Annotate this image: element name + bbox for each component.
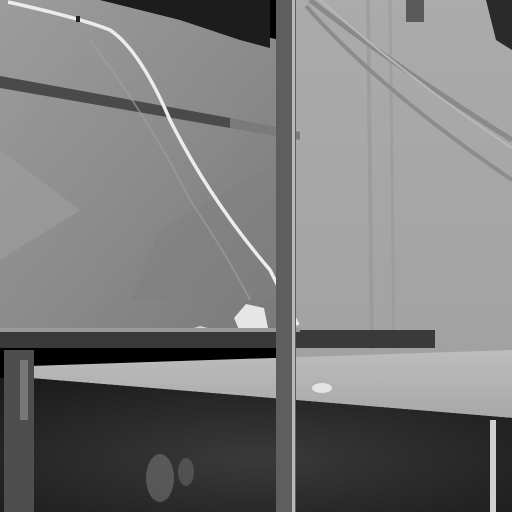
right-wall-panel <box>280 0 512 360</box>
photo-scene <box>0 0 512 512</box>
horizontal-rail <box>0 330 435 348</box>
left-frame <box>4 350 34 512</box>
photo-canvas <box>0 0 512 512</box>
